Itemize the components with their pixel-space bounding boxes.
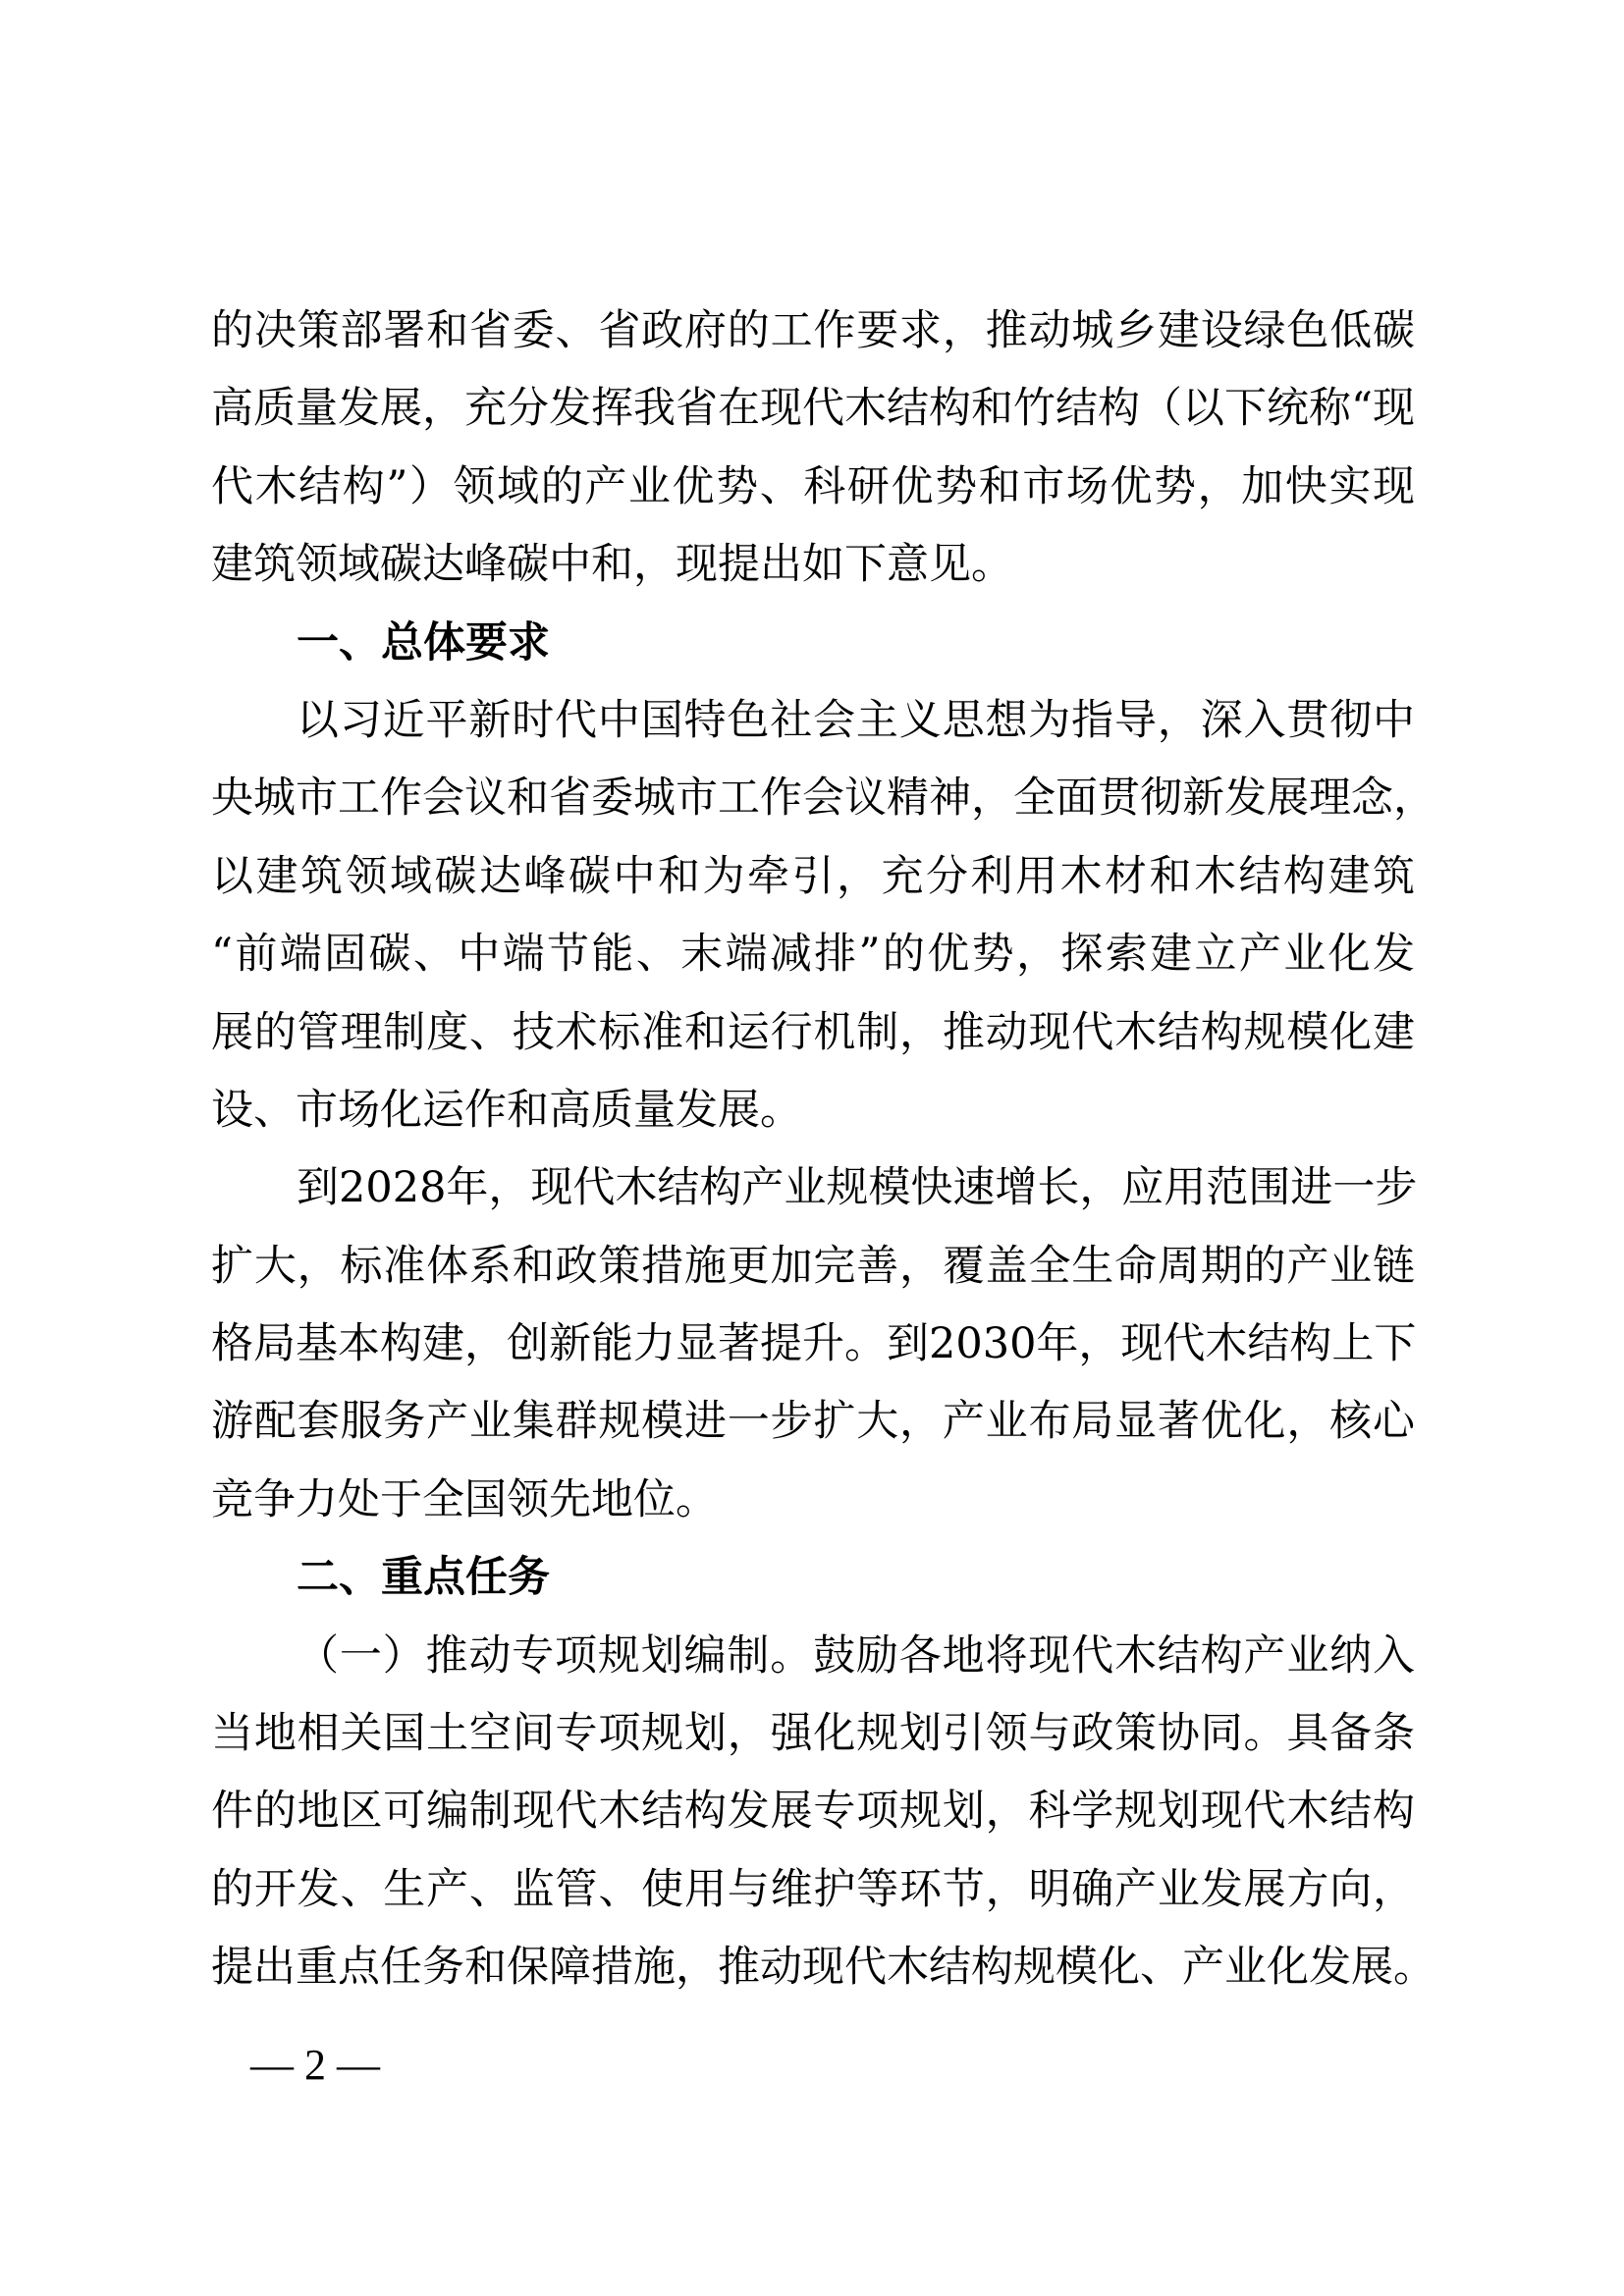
text-line: 以习近平新时代中国特色社会主义思想为指导，深入贯彻中 [211, 682, 1415, 760]
text-line: 游配套服务产业集群规模进一步扩大，产业布局显著优化，核心 [211, 1383, 1415, 1461]
text-line: 竞争力处于全国领先地位。 [211, 1462, 1415, 1539]
text-line: 展的管理制度、技术标准和运行机制，推动现代木结构规模化建 [211, 994, 1415, 1072]
text-line: 以建筑领域碳达峰碳中和为牵引，充分利用木材和木结构建筑 [211, 838, 1415, 916]
paragraph-intro: 的决策部署和省委、省政府的工作要求，推动城乡建设绿色低碳 高质量发展，充分发挥我… [211, 293, 1415, 605]
section-heading-key-tasks: 二、重点任务 [211, 1539, 1415, 1617]
text-line: 的开发、生产、监管、使用与维护等环节，明确产业发展方向， [211, 1851, 1415, 1929]
text-line: 件的地区可编制现代木结构发展专项规划，科学规划现代木结构 [211, 1773, 1415, 1850]
text-line: 央城市工作会议和省委城市工作会议精神，全面贯彻新发展理念， [211, 760, 1415, 837]
text-line: 当地相关国土空间专项规划，强化规划引领与政策协同。具备条 [211, 1695, 1415, 1773]
text-line: （一）推动专项规划编制。鼓励各地将现代木结构产业纳入 [211, 1618, 1415, 1695]
text-line: 格局基本构建，创新能力显著提升。到2030年，现代木结构上下 [211, 1306, 1415, 1383]
document-page: 的决策部署和省委、省政府的工作要求，推动城乡建设绿色低碳 高质量发展，充分发挥我… [0, 0, 1624, 2296]
text-line: “前端固碳、中端节能、末端减排”的优势，探索建立产业化发 [211, 916, 1415, 993]
document-body: 的决策部署和省委、省政府的工作要求，推动城乡建设绿色低碳 高质量发展，充分发挥我… [211, 293, 1415, 2007]
text-line: 高质量发展，充分发挥我省在现代木结构和竹结构（以下统称“现 [211, 370, 1415, 448]
text-line: 扩大，标准体系和政策措施更加完善，覆盖全生命周期的产业链 [211, 1228, 1415, 1306]
text-line: 提出重点任务和保障措施，推动现代木结构规模化、产业化发展。 [211, 1929, 1415, 2006]
paragraph-guiding-principles: 以习近平新时代中国特色社会主义思想为指导，深入贯彻中 央城市工作会议和省委城市工… [211, 682, 1415, 1149]
paragraph-special-planning: （一）推动专项规划编制。鼓励各地将现代木结构产业纳入 当地相关国土空间专项规划，… [211, 1618, 1415, 2007]
paragraph-targets: 到2028年，现代木结构产业规模快速增长，应用范围进一步 扩大，标准体系和政策措… [211, 1149, 1415, 1539]
text-line: 代木结构”）领域的产业优势、科研优势和市场优势，加快实现 [211, 449, 1415, 526]
text-line: 建筑领域碳达峰碳中和，现提出如下意见。 [211, 526, 1415, 604]
text-line: 的决策部署和省委、省政府的工作要求，推动城乡建设绿色低碳 [211, 293, 1415, 370]
text-line: 到2028年，现代木结构产业规模快速增长，应用范围进一步 [211, 1149, 1415, 1227]
page-number: — 2 — [250, 2040, 380, 2090]
section-heading-general-requirements: 一、总体要求 [211, 605, 1415, 682]
text-line: 设、市场化运作和高质量发展。 [211, 1072, 1415, 1149]
